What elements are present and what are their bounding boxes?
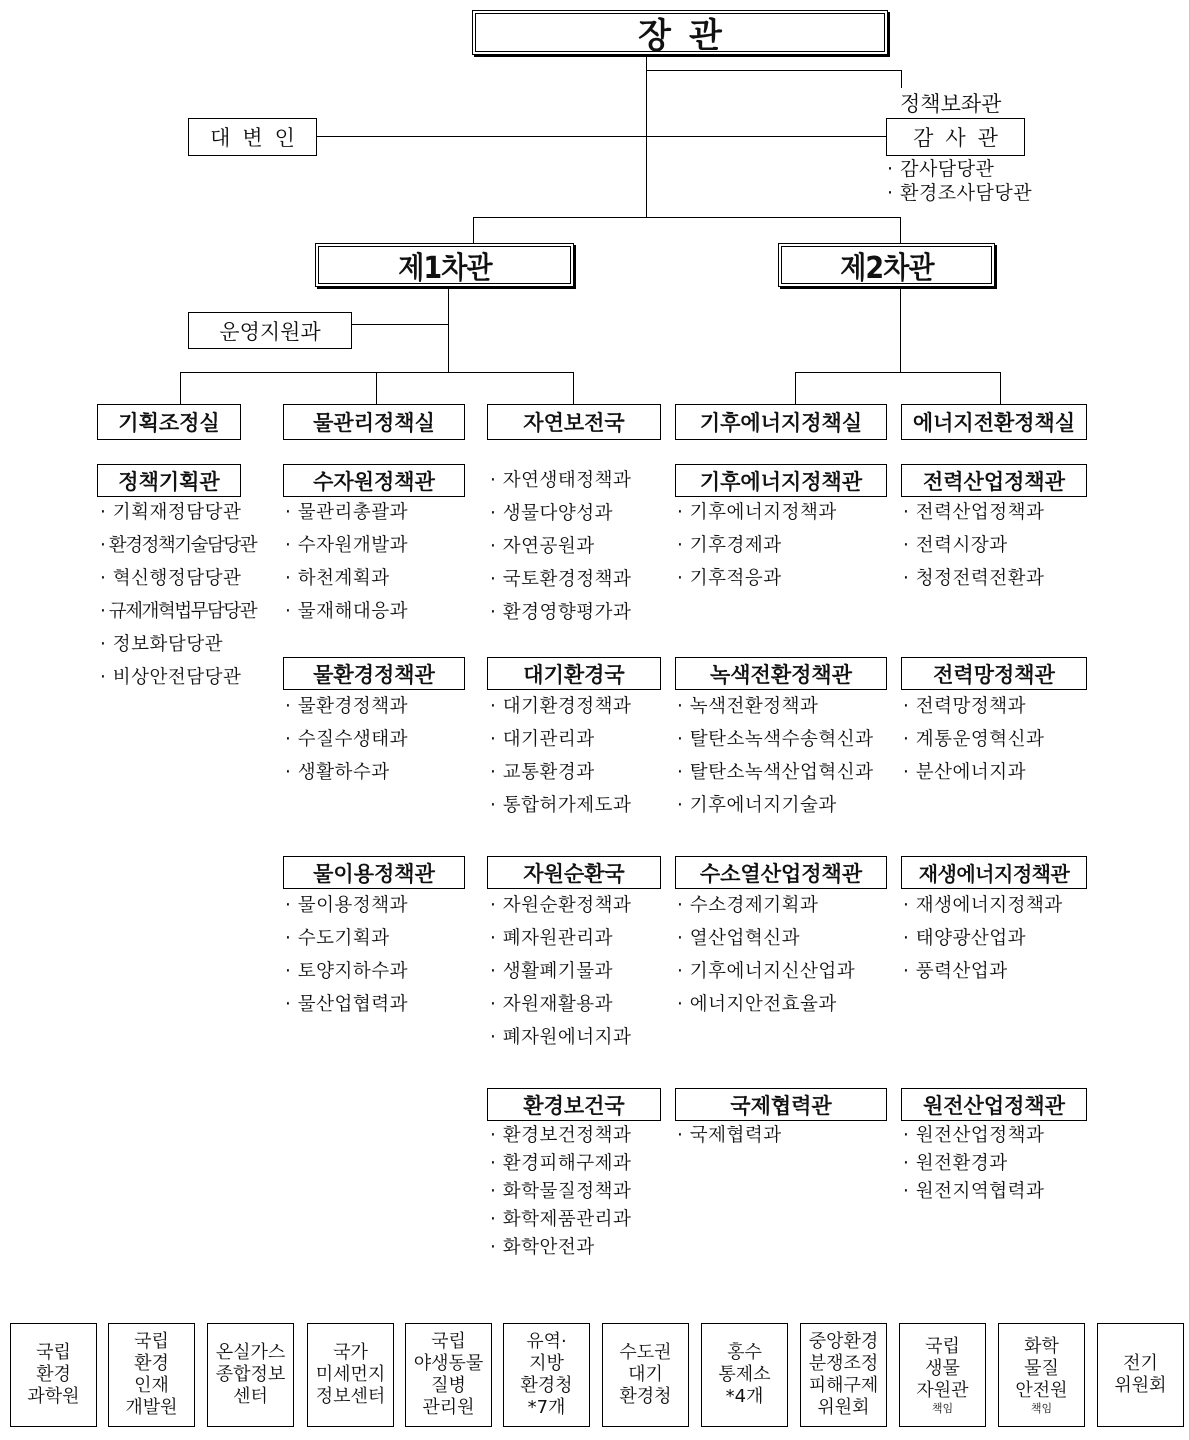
agency-name-line: 정보센터 <box>316 1386 386 1408</box>
agency-name-line: 피해구제 <box>809 1375 879 1397</box>
division-item[interactable]: 통합허가제도과 <box>490 789 631 822</box>
bureau-nuclear-industry[interactable]: 원전산업정책관 <box>901 1088 1087 1121</box>
office-label: 기획조정실 <box>118 407 219 437</box>
division-item[interactable]: 환경보건정책과 <box>490 1122 631 1150</box>
bureau-climate-energy-policy[interactable]: 기후에너지정책관 <box>675 464 887 497</box>
division-item[interactable]: 생활폐기물과 <box>490 955 631 988</box>
division-item[interactable]: 원전산업정책과 <box>903 1122 1044 1150</box>
division-list: 녹색전환정책과 탈탄소녹색수송혁신과 탈탄소녹색산업혁신과 기후에너지기술과 <box>677 690 873 822</box>
audit-label: 감사관 <box>913 122 1010 152</box>
division-item[interactable]: 열산업혁신과 <box>677 922 855 955</box>
division-item[interactable]: 기후경제과 <box>677 529 837 562</box>
division-list: 기후에너지정책과 기후경제과 기후적응과 <box>677 496 837 595</box>
division-item[interactable]: 전력망정책과 <box>903 690 1044 723</box>
bureau-label: 전력망정책관 <box>933 659 1055 689</box>
bureau-label: 환경보건국 <box>523 1090 624 1120</box>
division-item[interactable]: 대기관리과 <box>490 723 631 756</box>
agency-name-line: 위원회 <box>1114 1375 1166 1397</box>
bureau-water-use[interactable]: 물이용정책관 <box>283 856 465 889</box>
agency-name-line: 자원관 <box>916 1380 968 1402</box>
division-item[interactable]: 기후에너지기술과 <box>677 789 873 822</box>
agency-note: 책임 <box>932 1402 953 1415</box>
division-item[interactable]: 전력산업정책과 <box>903 496 1044 529</box>
agency-box[interactable]: 온실가스종합정보센터 <box>207 1323 294 1427</box>
division-item[interactable]: 청정전력전환과 <box>903 562 1044 595</box>
agency-name-line: 수도권 <box>619 1342 671 1364</box>
vice-minister-1-label: 제1차관 <box>398 243 491 287</box>
agency-box[interactable]: 화학물질안전원책임 <box>998 1323 1085 1427</box>
bureau-renewable-energy[interactable]: 재생에너지정책관 <box>901 856 1087 889</box>
division-item[interactable]: 폐자원에너지과 <box>490 1021 631 1054</box>
vice-minister-2-label: 제2차관 <box>840 243 933 287</box>
vice-minister-2-box[interactable]: 제2차관 <box>778 243 995 287</box>
division-item[interactable]: 녹색전환정책과 <box>677 690 873 723</box>
bureau-label: 정책기획관 <box>118 466 219 496</box>
division-list: 재생에너지정책과 태양광산업과 풍력산업과 <box>903 889 1063 988</box>
office-label: 물관리정책실 <box>313 407 435 437</box>
division-item[interactable]: 생활하수과 <box>285 756 408 789</box>
bureau-international-cooperation[interactable]: 국제협력관 <box>675 1088 887 1121</box>
division-item[interactable]: 분산에너지과 <box>903 756 1044 789</box>
bureau-hydrogen-heat[interactable]: 수소열산업정책관 <box>675 856 887 889</box>
agency-box[interactable]: 수도권대기환경청 <box>602 1323 689 1427</box>
vice-minister-1-box[interactable]: 제1차관 <box>315 243 574 287</box>
division-item[interactable]: 폐자원관리과 <box>490 922 631 955</box>
division-item[interactable]: 수도기획과 <box>285 922 408 955</box>
bureau-air-quality[interactable]: 대기환경국 <box>487 657 661 690</box>
bureau-label: 전력산업정책관 <box>923 466 1065 496</box>
agency-name-line: 국립 <box>134 1331 169 1353</box>
division-item[interactable]: 국토환경정책과 <box>490 563 631 596</box>
division-list: 자연생태정책과 생물다양성과 자연공원과 국토환경정책과 환경영향평가과 <box>490 464 631 629</box>
division-item[interactable]: 수질수생태과 <box>285 723 408 756</box>
agency-box[interactable]: 유역·지방환경청*7개 <box>503 1323 590 1427</box>
division-item[interactable]: 정보화담당관 <box>100 628 256 661</box>
bureau-power-industry[interactable]: 전력산업정책관 <box>901 464 1087 497</box>
division-item[interactable]: 수자원개발과 <box>285 529 408 562</box>
agency-name-line: 환경청 <box>520 1375 572 1397</box>
division-list: 국제협력과 <box>677 1122 782 1150</box>
bureau-label: 수자원정책관 <box>313 466 435 496</box>
agency-name-line: 국가 <box>333 1342 368 1364</box>
bureau-label: 원전산업정책관 <box>923 1090 1065 1120</box>
agency-box[interactable]: 국립야생동물질병관리원 <box>405 1323 492 1427</box>
agency-name-line: *4개 <box>726 1386 764 1408</box>
agency-box[interactable]: 홍수통제소*4개 <box>701 1323 788 1427</box>
division-item[interactable]: 수소경제기획과 <box>677 889 855 922</box>
division-item[interactable]: 환경정책기술담당관 <box>100 529 256 562</box>
bureau-label: 수소열산업정책관 <box>700 858 862 888</box>
division-item[interactable]: 화학물질정책과 <box>490 1178 631 1206</box>
division-item[interactable]: 토양지하수과 <box>285 955 408 988</box>
division-item[interactable]: 환경피해구제과 <box>490 1150 631 1178</box>
bureau-label: 녹색전환정책관 <box>710 659 852 689</box>
agency-name-line: 환경 <box>134 1353 169 1375</box>
agency-name-line: 생물 <box>925 1358 960 1380</box>
division-item[interactable]: 환경영향평가과 <box>490 596 631 629</box>
division-item[interactable]: 하천계획과 <box>285 562 408 595</box>
agency-name-line: 위원회 <box>817 1397 869 1419</box>
bureau-environmental-health[interactable]: 환경보건국 <box>487 1088 661 1121</box>
division-item[interactable]: 자원순환정책과 <box>490 889 631 922</box>
division-item[interactable]: 물재해대응과 <box>285 595 408 628</box>
division-item[interactable]: 태양광산업과 <box>903 922 1063 955</box>
agency-name-line: 야생동물 <box>414 1353 484 1375</box>
support-division-box[interactable]: 운영지원과 <box>188 312 352 349</box>
office-nature-conservation[interactable]: 자연보전국 <box>487 404 661 440</box>
spokesperson-box[interactable]: 대변인 <box>188 118 317 156</box>
agency-name-line: 온실가스 <box>216 1342 286 1364</box>
office-planning[interactable]: 기획조정실 <box>97 404 241 440</box>
agency-name-line: 과학원 <box>27 1386 79 1408</box>
agency-name-line: 센터 <box>233 1386 268 1408</box>
division-list: 물관리총괄과 수자원개발과 하천계획과 물재해대응과 <box>285 496 408 628</box>
division-item[interactable]: 물환경정책과 <box>285 690 408 723</box>
bureau-power-grid[interactable]: 전력망정책관 <box>901 657 1087 690</box>
agency-name-line: 화학 <box>1024 1336 1059 1358</box>
division-item[interactable]: 화학안전과 <box>490 1234 631 1262</box>
division-item[interactable]: 기후에너지신산업과 <box>677 955 855 988</box>
audit-box[interactable]: 감사관 <box>886 118 1025 156</box>
office-climate-energy[interactable]: 기후에너지정책실 <box>675 404 887 440</box>
division-item[interactable]: 물산업협력과 <box>285 988 408 1021</box>
support-division-label: 운영지원과 <box>219 316 320 346</box>
agency-name-line: 인재 <box>134 1375 169 1397</box>
bureau-label: 자원순환국 <box>523 858 624 888</box>
agency-name-line: 대기 <box>628 1364 663 1386</box>
office-label: 기후에너지정책실 <box>700 407 862 437</box>
agency-name-line: 지방 <box>529 1353 564 1375</box>
agency-name-line: 종합정보 <box>216 1364 286 1386</box>
agency-box[interactable]: 국립생물자원관책임 <box>899 1323 986 1427</box>
division-list: 환경보건정책과 환경피해구제과 화학물질정책과 화학제품관리과 화학안전과 <box>490 1122 631 1262</box>
agency-note: 책임 <box>1031 1402 1052 1415</box>
agency-name-line: 국립 <box>36 1342 71 1364</box>
bureau-label: 국제협력관 <box>730 1090 831 1120</box>
division-item[interactable]: 자원재활용과 <box>490 988 631 1021</box>
division-list: 자원순환정책과 폐자원관리과 생활폐기물과 자원재활용과 폐자원에너지과 <box>490 889 631 1054</box>
division-item[interactable]: 기획재정담당관 <box>100 496 256 529</box>
agency-name-line: 환경 <box>36 1364 71 1386</box>
audit-sub-item: 감사담당관 <box>887 157 1032 181</box>
division-list: 전력산업정책과 전력시장과 청정전력전환과 <box>903 496 1044 595</box>
office-energy-transition[interactable]: 에너지전환정책실 <box>901 404 1087 440</box>
office-water-policy[interactable]: 물관리정책실 <box>283 404 465 440</box>
minister-box[interactable]: 장관 <box>472 10 888 55</box>
division-item[interactable]: 기후에너지정책과 <box>677 496 837 529</box>
agency-box[interactable]: 국립환경인재개발원 <box>108 1323 195 1427</box>
bureau-label: 대기환경국 <box>523 659 624 689</box>
office-label: 에너지전환정책실 <box>913 407 1075 437</box>
agency-name-line: 홍수 <box>727 1342 762 1364</box>
agency-name-line: 미세먼지 <box>316 1364 386 1386</box>
audit-sub-item: 환경조사담당관 <box>887 181 1032 205</box>
division-item[interactable]: 풍력산업과 <box>903 955 1063 988</box>
division-item[interactable]: 기후적응과 <box>677 562 837 595</box>
division-item[interactable]: 대기환경정책과 <box>490 690 631 723</box>
bureau-water-environment[interactable]: 물환경정책관 <box>283 657 465 690</box>
division-item[interactable]: 국제협력과 <box>677 1122 782 1150</box>
agency-name-line: 중앙환경 <box>809 1331 879 1353</box>
bureau-label: 물환경정책관 <box>313 659 435 689</box>
division-item[interactable]: 원전지역협력과 <box>903 1178 1044 1206</box>
division-item[interactable]: 생물다양성과 <box>490 497 631 530</box>
bureau-resource-circulation[interactable]: 자원순환국 <box>487 856 661 889</box>
bureau-label: 물이용정책관 <box>313 858 435 888</box>
office-label: 자연보전국 <box>523 407 624 437</box>
minister-label: 장관 <box>638 8 740 57</box>
agency-name-line: 관리원 <box>422 1397 474 1419</box>
agency-box[interactable]: 전기위원회 <box>1097 1323 1184 1427</box>
division-list: 수소경제기획과 열산업혁신과 기후에너지신산업과 에너지안전효율과 <box>677 889 855 1021</box>
agency-name-line: 국립 <box>431 1331 466 1353</box>
bureau-policy-planning[interactable]: 정책기획관 <box>97 464 241 497</box>
bureau-green-transition[interactable]: 녹색전환정책관 <box>675 657 887 690</box>
agency-name-line: 질병 <box>431 1375 466 1397</box>
division-item[interactable]: 에너지안전효율과 <box>677 988 855 1021</box>
division-item[interactable]: 탈탄소녹색수송혁신과 <box>677 723 873 756</box>
division-item[interactable]: 물이용정책과 <box>285 889 408 922</box>
division-item[interactable]: 교통환경과 <box>490 756 631 789</box>
division-list: 기획재정담당관 환경정책기술담당관 혁신행정담당관 규제개혁법무담당관 정보화담… <box>100 496 256 694</box>
division-item[interactable]: 탈탄소녹색산업혁신과 <box>677 756 873 789</box>
division-item[interactable]: 비상안전담당관 <box>100 661 256 694</box>
spokesperson-label: 대변인 <box>210 122 307 152</box>
division-item[interactable]: 화학제품관리과 <box>490 1206 631 1234</box>
division-list: 원전산업정책과 원전환경과 원전지역협력과 <box>903 1122 1044 1206</box>
division-item[interactable]: 자연생태정책과 <box>490 464 631 497</box>
division-item[interactable]: 혁신행정담당관 <box>100 562 256 595</box>
division-item[interactable]: 규제개혁법무담당관 <box>100 595 256 628</box>
agency-name-line: 개발원 <box>125 1397 177 1419</box>
agency-name-line: 분쟁조정 <box>809 1353 879 1375</box>
agency-box[interactable]: 국립환경과학원 <box>10 1323 97 1427</box>
division-item[interactable]: 자연공원과 <box>490 530 631 563</box>
division-list: 물환경정책과 수질수생태과 생활하수과 <box>285 690 408 789</box>
agency-name-line: *7개 <box>528 1397 566 1419</box>
division-list: 물이용정책과 수도기획과 토양지하수과 물산업협력과 <box>285 889 408 1021</box>
agency-box[interactable]: 중앙환경분쟁조정피해구제위원회 <box>800 1323 887 1427</box>
agency-name-line: 환경청 <box>619 1386 671 1408</box>
audit-sub-list: 감사담당관 환경조사담당관 <box>887 157 1032 205</box>
agency-name-line: 전기 <box>1123 1353 1158 1375</box>
bureau-water-resources[interactable]: 수자원정책관 <box>283 464 465 497</box>
division-list: 전력망정책과 계통운영혁신과 분산에너지과 <box>903 690 1044 789</box>
division-list: 대기환경정책과 대기관리과 교통환경과 통합허가제도과 <box>490 690 631 822</box>
division-item[interactable]: 전력시장과 <box>903 529 1044 562</box>
division-item[interactable]: 재생에너지정책과 <box>903 889 1063 922</box>
agency-name-line: 통제소 <box>718 1364 770 1386</box>
bureau-label: 재생에너지정책관 <box>919 858 1070 887</box>
division-item[interactable]: 원전환경과 <box>903 1150 1044 1178</box>
policy-aide-label: 정책보좌관 <box>900 88 1001 118</box>
agency-name-line: 유역· <box>526 1331 567 1353</box>
bureau-label: 기후에너지정책관 <box>700 466 862 496</box>
agency-name-line: 안전원 <box>1015 1380 1067 1402</box>
agency-box[interactable]: 국가미세먼지정보센터 <box>307 1323 394 1427</box>
agency-name-line: 국립 <box>925 1336 960 1358</box>
agency-name-line: 물질 <box>1024 1358 1059 1380</box>
division-item[interactable]: 물관리총괄과 <box>285 496 408 529</box>
division-item[interactable]: 계통운영혁신과 <box>903 723 1044 756</box>
